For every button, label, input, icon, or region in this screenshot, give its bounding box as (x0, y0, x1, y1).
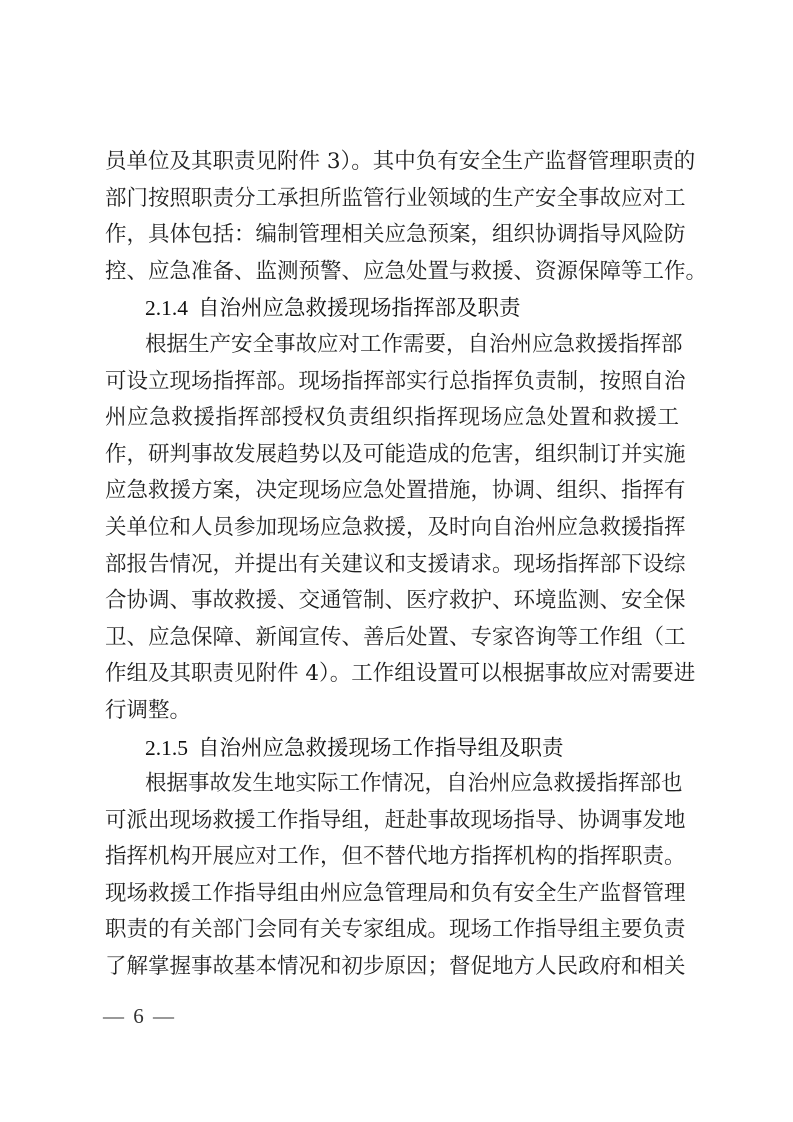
document-page: 员单位及其职责见附件 3）。其中负有安全生产监督管理职责的 部门按照职责分工承担… (0, 0, 793, 1122)
text-line: 现场救援工作指导组由州应急管理局和负有安全生产监督管理 (105, 876, 679, 913)
text-line: 指挥机构开展应对工作，但不替代地方指挥机构的指挥职责。 (105, 839, 679, 876)
section-heading-2-1-4: 2.1.4自治州应急救援现场指挥部及职责 (105, 290, 679, 327)
text-line: 可设立现场指挥部。现场指挥部实行总指挥负责制，按照自治 (105, 364, 679, 401)
text-line: 部报告情况，并提出有关建议和支援请求。现场指挥部下设综 (105, 547, 679, 584)
text-line: 作组及其职责见附件 4）。工作组设置可以根据事故应对需要进 (105, 656, 679, 693)
text-line: 关单位和人员参加现场应急救援，及时向自治州应急救援指挥 (105, 510, 679, 547)
text-line: 作，具体包括：编制管理相关应急预案，组织协调指导风险防 (105, 217, 679, 254)
text-line: 行调整。 (105, 693, 679, 730)
text-line: 控、应急准备、监测预警、应急处置与救援、资源保障等工作。 (105, 254, 679, 291)
text-line: 州应急救援指挥部授权负责组织指挥现场应急处置和救援工 (105, 400, 679, 437)
text-line: 应急救援方案，决定现场应急处置措施，协调、组织、指挥有 (105, 473, 679, 510)
text-line: 根据生产安全事故应对工作需要，自治州应急救援指挥部 (105, 327, 679, 364)
text-line: 卫、应急保障、新闻宣传、善后处置、专家咨询等工作组（工 (105, 620, 679, 657)
section-heading-2-1-5: 2.1.5自治州应急救援现场工作指导组及职责 (105, 730, 679, 767)
page-number: — 6 — (103, 1004, 176, 1029)
text-line: 根据事故发生地实际工作情况，自治州应急救援指挥部也 (105, 766, 679, 803)
text-line: 可派出现场救援工作指导组，赶赴事故现场指导、协调事发地 (105, 803, 679, 840)
text-line: 作，研判事故发展趋势以及可能造成的危害，组织制订并实施 (105, 437, 679, 474)
section-title: 自治州应急救援现场指挥部及职责 (198, 296, 521, 321)
section-number: 2.1.5 (145, 736, 188, 760)
body-text: 员单位及其职责见附件 3）。其中负有安全生产监督管理职责的 部门按照职责分工承担… (105, 144, 679, 986)
text-line: 员单位及其职责见附件 3）。其中负有安全生产监督管理职责的 (105, 144, 679, 181)
text-line: 职责的有关部门会同有关专家组成。现场工作指导组主要负责 (105, 912, 679, 949)
text-line: 合协调、事故救援、交通管制、医疗救护、环境监测、安全保 (105, 583, 679, 620)
section-number: 2.1.4 (145, 296, 188, 320)
section-title: 自治州应急救援现场工作指导组及职责 (198, 736, 564, 761)
text-line: 部门按照职责分工承担所监管行业领域的生产安全事故应对工 (105, 181, 679, 218)
text-line: 了解掌握事故基本情况和初步原因；督促地方人民政府和相关 (105, 949, 679, 986)
